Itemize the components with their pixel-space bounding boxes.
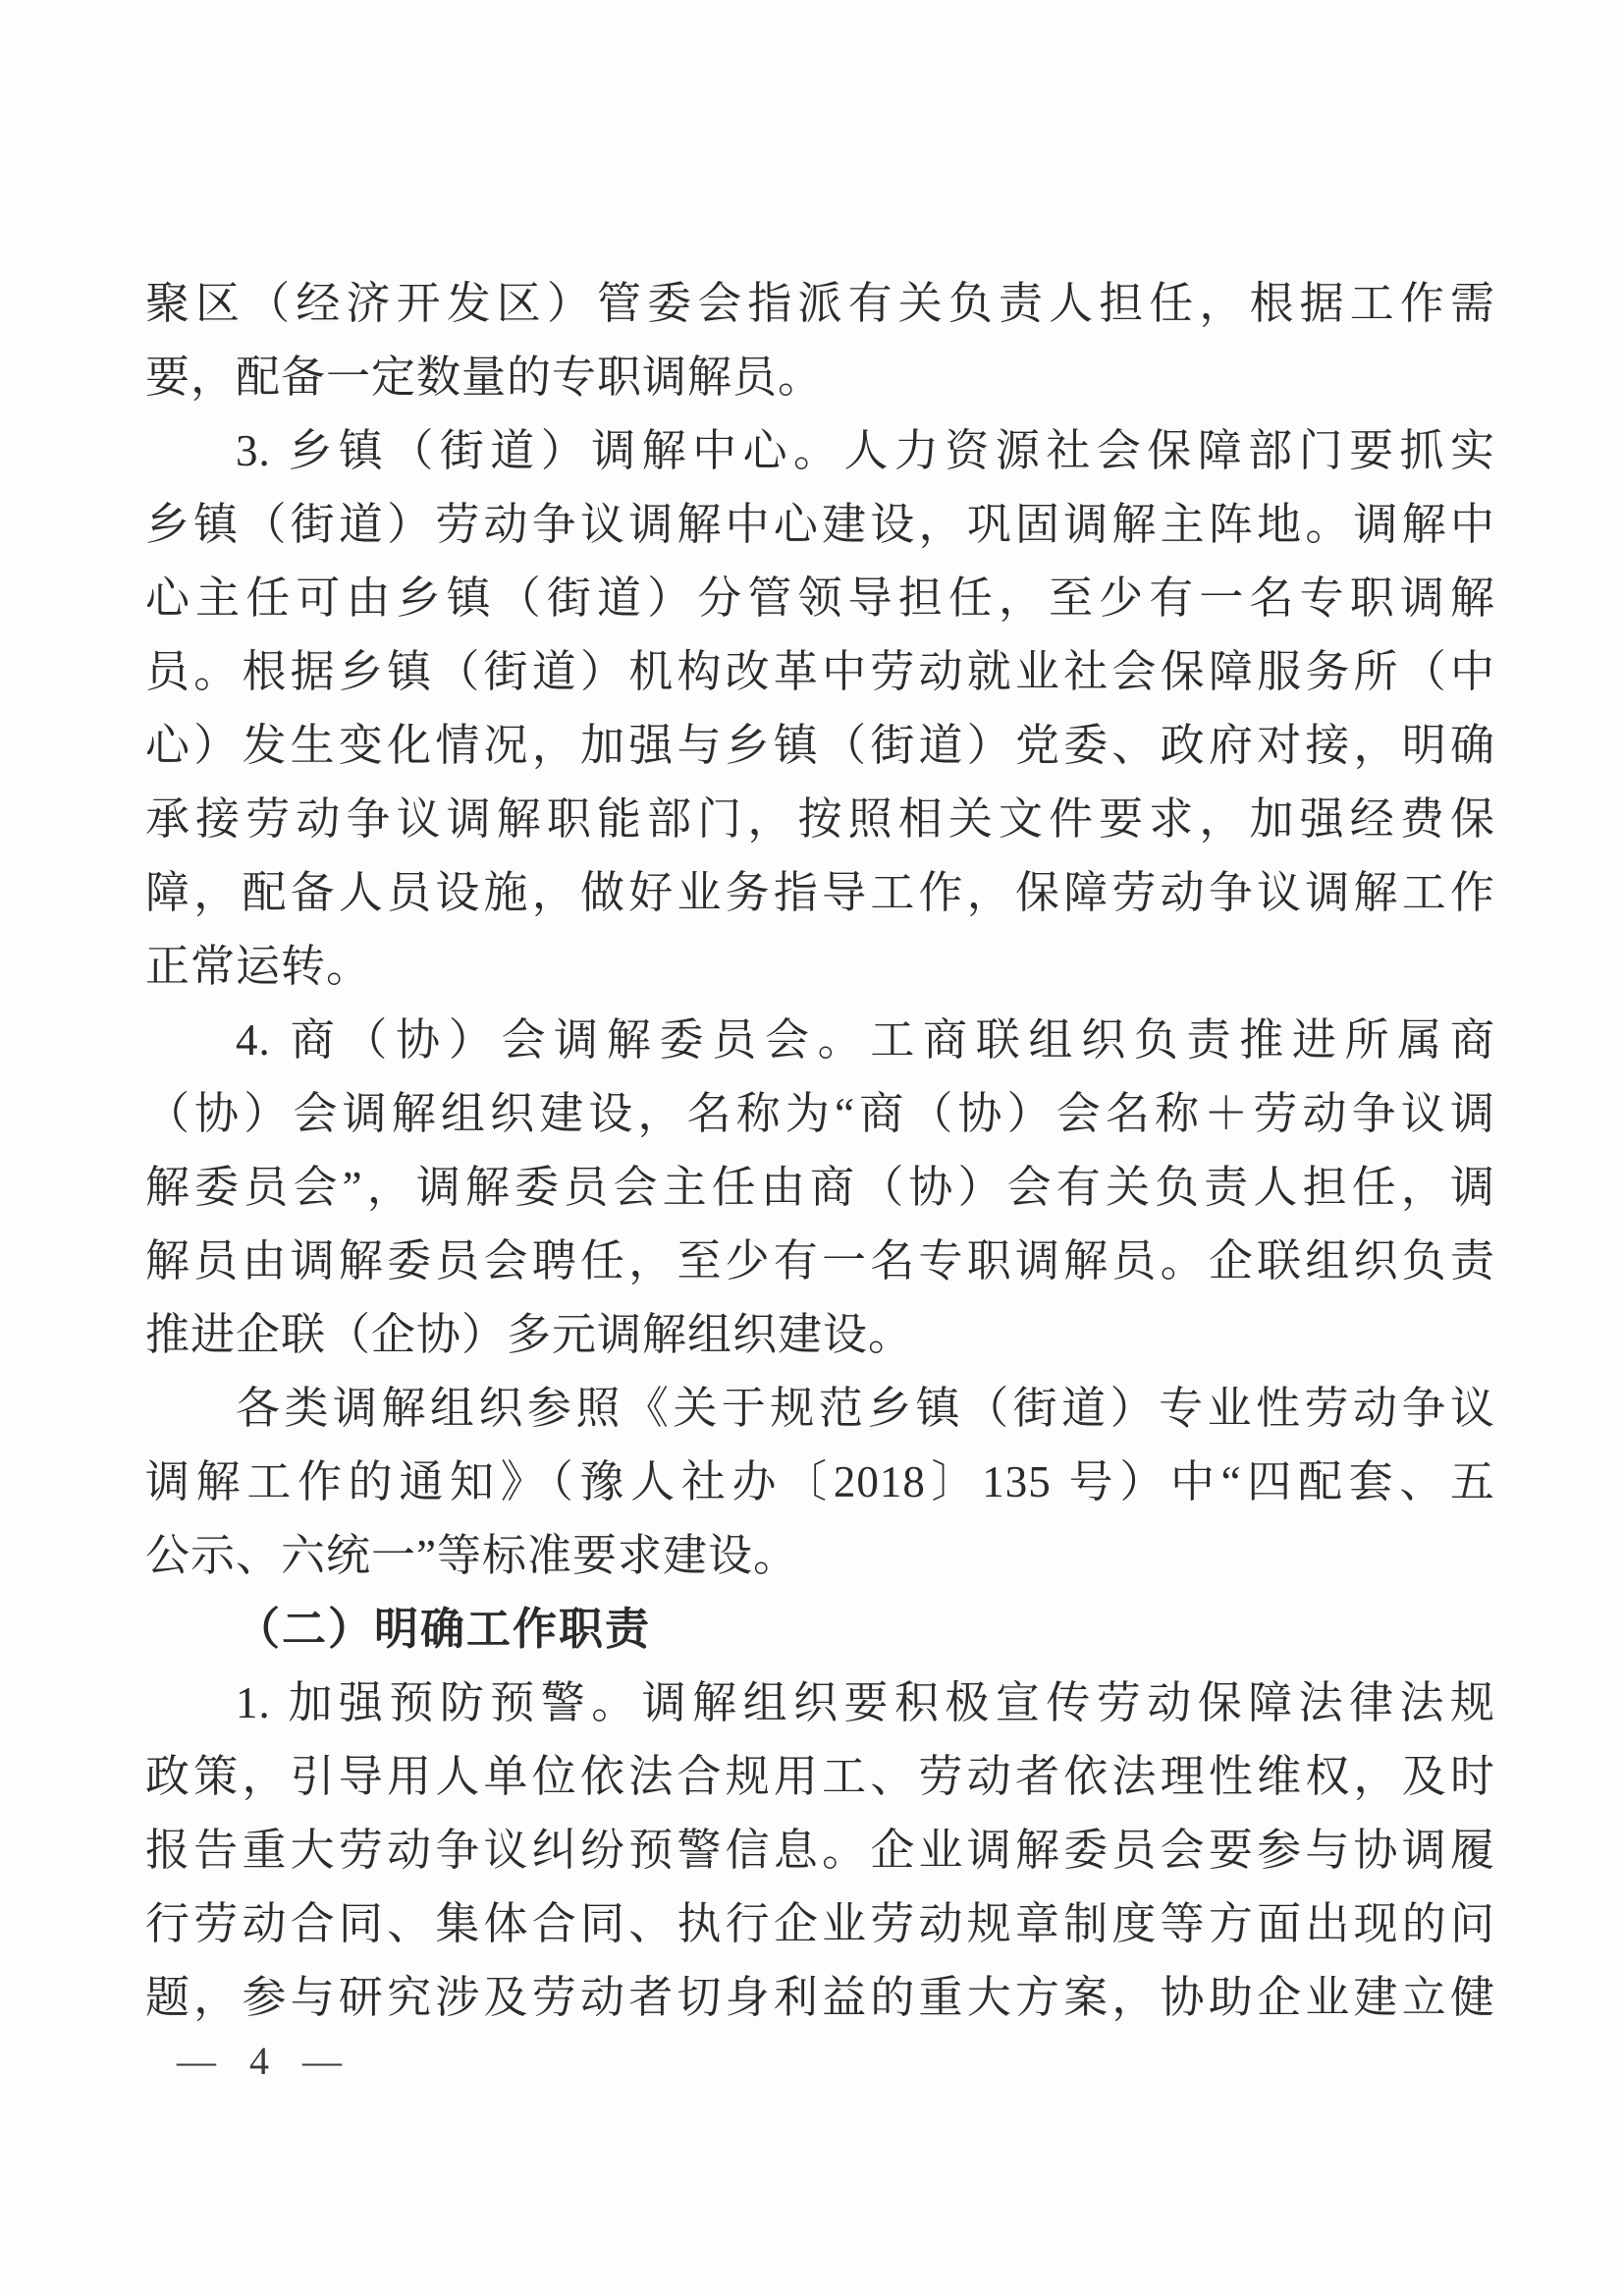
text-line: 4. 商（协）会调解委员会。工商联组织负责推进所属商 xyxy=(145,1004,1495,1077)
text-line: 聚区（经济开发区）管委会指派有关负责人担任，根据工作需 xyxy=(145,267,1495,341)
text-line: 政策，引导用人单位依法合规用工、劳动者依法理性维权，及时 xyxy=(145,1740,1495,1814)
text-line: 调解工作的通知》（豫人社办〔2018〕135 号）中“四配套、五 xyxy=(145,1446,1495,1519)
text-line: 题，参与研究涉及劳动者切身利益的重大方案，协助企业建立健 xyxy=(145,1961,1495,2035)
text-line: 心）发生变化情况，加强与乡镇（街道）党委、政府对接，明确 xyxy=(145,709,1495,783)
text-line: 行劳动合同、集体合同、执行企业劳动规章制度等方面出现的问 xyxy=(145,1887,1495,1961)
document-page: 聚区（经济开发区）管委会指派有关负责人担任，根据工作需要，配备一定数量的专职调解… xyxy=(0,0,1623,2296)
text-line: 各类调解组织参照《关于规范乡镇（街道）专业性劳动争议 xyxy=(145,1372,1495,1446)
text-line: （协）会调解组织建设，名称为“商（协）会名称＋劳动争议调 xyxy=(145,1077,1495,1151)
text-line: 要，配备一定数量的专职调解员。 xyxy=(145,341,1495,414)
text-line: 承接劳动争议调解职能部门，按照相关文件要求，加强经费保 xyxy=(145,783,1495,856)
document-lines: 聚区（经济开发区）管委会指派有关负责人担任，根据工作需要，配备一定数量的专职调解… xyxy=(145,267,1495,2035)
text-line: 障，配备人员设施，做好业务指导工作，保障劳动争议调解工作 xyxy=(145,856,1495,930)
page-number: — 4 — xyxy=(177,2038,353,2084)
text-line: 公示、六统一”等标准要求建设。 xyxy=(145,1519,1495,1593)
text-line: 报告重大劳动争议纠纷预警信息。企业调解委员会要参与协调履 xyxy=(145,1814,1495,1887)
text-line: 解委员会”，调解委员会主任由商（协）会有关负责人担任，调 xyxy=(145,1151,1495,1225)
text-line: 心主任可由乡镇（街道）分管领导担任，至少有一名专职调解 xyxy=(145,562,1495,635)
text-line: 1. 加强预防预警。调解组织要积极宣传劳动保障法律法规 xyxy=(145,1667,1495,1740)
text-line: 解员由调解委员会聘任，至少有一名专职调解员。企联组织负责 xyxy=(145,1225,1495,1298)
text-line: 3. 乡镇（街道）调解中心。人力资源社会保障部门要抓实 xyxy=(145,414,1495,488)
text-line: 员。根据乡镇（街道）机构改革中劳动就业社会保障服务所（中 xyxy=(145,635,1495,709)
text-line: 推进企联（企协）多元调解组织建设。 xyxy=(145,1298,1495,1372)
section-heading: （二）明确工作职责 xyxy=(145,1593,1495,1667)
text-line: 乡镇（街道）劳动争议调解中心建设，巩固调解主阵地。调解中 xyxy=(145,488,1495,562)
text-line: 正常运转。 xyxy=(145,930,1495,1004)
